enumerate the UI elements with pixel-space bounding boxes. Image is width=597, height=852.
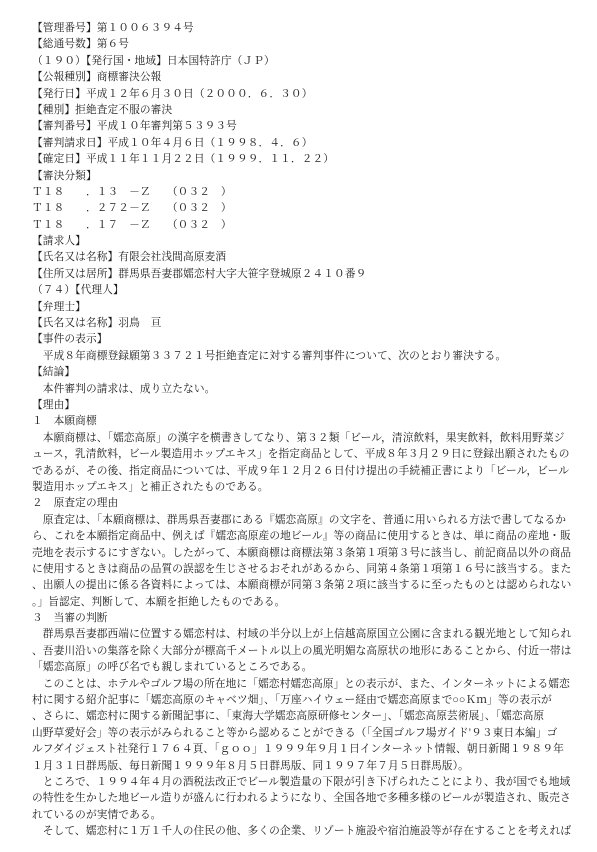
text-line: 本願商標は、「嬬恋高原」の漢字を横書きしてなり、第３２類「ビール，清涼飲料，果実…: [32, 430, 571, 446]
section-parties: 【請求人】【氏名又は名称】有限会社浅間高原麦酒【住所又は居所】群馬県吾妻郡嬬恋村…: [32, 233, 571, 331]
section-bibliographic: 【管理番号】第１００６３９４号【総通号数】第６号（１９０）【発行国・地域】日本国…: [32, 20, 571, 168]
text-line: 。」旨認定、判断して、本願を拒絶したものである。: [32, 594, 571, 610]
text-line: （１９０）【発行国・地域】日本国特許庁（ＪＰ）: [32, 53, 571, 69]
text-line: Ｔ１８ ．１３ －Ｚ （０３２ ）: [32, 184, 571, 200]
text-line: 【氏名又は名称】羽鳥 亘: [32, 315, 571, 331]
text-line: 【発行日】平成１２年６月３０日（２０００．６．３０）: [32, 86, 571, 102]
text-line: Ｔ１８ ．２７２－Ｚ （０３２ ）: [32, 200, 571, 216]
text-line: 、吾妻川沿いの集落を除く大部分が標高千メートル以上の風光明媚な高原状の地形にある…: [32, 643, 571, 659]
text-line: 【審判番号】平成１０年審判第５３９３号: [32, 118, 571, 134]
section-decision-classification: 【審決分類】Ｔ１８ ．１３ －Ｚ （０３２ ）Ｔ１８ ．２７２－Ｚ （０３２ ）…: [32, 168, 571, 234]
text-line: ら、これを本願指定商品中、例えば『嬬恋高原産の地ビール』等の商品に使用するときは…: [32, 528, 571, 544]
section-reasons: 【理由】１ 本願商標 本願商標は、「嬬恋高原」の漢字を横書きしてなり、第３２類「…: [32, 397, 571, 840]
text-line: 【種別】拒絶査定不服の審決: [32, 102, 571, 118]
text-line: 山野草愛好会」等の表示がみられること等から認めることができる（「全国ゴルフ場ガイ…: [32, 725, 571, 741]
text-line: ルフダイジェスト社発行１７６４頁、「ｇｏｏ」１９９９年９月１日インターネット情報…: [32, 741, 571, 757]
text-line: 【審判請求日】平成１０年４月６日（１９９８．４．６）: [32, 135, 571, 151]
text-line: このことは、ホテルやゴルフ場の所在地に「嬬恋村嬬恋高原」との表示が、また、インタ…: [32, 676, 571, 692]
gazette-document: 【管理番号】第１００６３９４号【総通号数】第６号（１９０）【発行国・地域】日本国…: [0, 0, 597, 852]
text-line: １月３１日群馬版、毎日新聞１９９９年８月５日群馬版、同１９９７年７月５日群馬版）…: [32, 758, 571, 774]
text-line: に使用するときは商品の品質の誤認を生じさせるおそれがあるから、同第４条第１項第１…: [32, 561, 571, 577]
text-line: 「嬬恋高原」の呼び名でも親しまれているところである。: [32, 659, 571, 675]
text-line: 【管理番号】第１００６３９４号: [32, 20, 571, 36]
text-line: 、さらに、嬬恋村に関する新聞記事に、「東海大学嬬恋高原研修センター」、「嬬恋高原…: [32, 708, 571, 724]
text-line: 売地を表示するにすぎない。したがって、本願商標は商標法第３条第１項第３号に該当し…: [32, 545, 571, 561]
text-line: 、出願人の提出に係る各資料によっては、本願商標が同第３条第２項に該当するに至った…: [32, 577, 571, 593]
text-line: （７４）【代理人】: [32, 282, 571, 298]
text-line: 【公報種別】商標審決公報: [32, 69, 571, 85]
text-line: 原査定は、「本願商標は、群馬県吾妻郡にある『嬬恋高原』の文字を、普通に用いられる…: [32, 512, 571, 528]
text-line: の特性を生かした地ビール造りが盛んに行われるようになり、全国各地で多種多様のビー…: [32, 790, 571, 806]
text-line: 本件審判の請求は、成り立たない。: [32, 381, 571, 397]
text-line: 【結論】: [32, 364, 571, 380]
text-line: 村に関する紹介記事に「嬬恋高原のキャベツ畑」、「万座ハイウェー経由で嬬恋高原まで…: [32, 692, 571, 708]
text-line: 【審決分類】: [32, 168, 571, 184]
text-line: 【請求人】: [32, 233, 571, 249]
text-line: 【事件の表示】: [32, 331, 571, 347]
text-line: 製造用ホップエキス」と補正されたものである。: [32, 479, 571, 495]
text-line: １ 本願商標: [32, 413, 571, 429]
text-line: ュース，乳清飲料，ビール製造用ホップエキス」を指定商品として、平成８年３月２９日…: [32, 446, 571, 462]
text-line: ところで、１９９４年４月の酒税法改正でビール製造量の下限が引き下げられたことによ…: [32, 774, 571, 790]
text-line: 平成８年商標登録願第３３７２１号拒絶査定に対する審判事件について、次のとおり審決…: [32, 348, 571, 364]
text-line: れているのが実情である。: [32, 807, 571, 823]
text-line: ２ 原査定の理由: [32, 495, 571, 511]
text-line: そして、嬬恋村に１万１千人の住民の他、多くの企業、リゾート施設や宿泊施設等が存在…: [32, 823, 571, 839]
text-line: 群馬県吾妻郡西端に位置する嬬恋村は、村域の半分以上が上信越高原国立公園に含まれる…: [32, 626, 571, 642]
text-line: 【弁理士】: [32, 299, 571, 315]
section-conclusion: 【結論】 本件審判の請求は、成り立たない。: [32, 364, 571, 397]
text-line: 【確定日】平成１１年１１月２２日（１９９９．１１．２２）: [32, 151, 571, 167]
text-line: 【住所又は居所】群馬県吾妻郡嬬恋村大字大笹字登城原２４１０番９: [32, 266, 571, 282]
text-line: 【総通号数】第６号: [32, 36, 571, 52]
text-line: であるが、その後、指定商品については、平成９年１２月２６日付け提出の手続補正書に…: [32, 463, 571, 479]
section-case-indication: 【事件の表示】 平成８年商標登録願第３３７２１号拒絶査定に対する審判事件について…: [32, 331, 571, 364]
text-line: 【理由】: [32, 397, 571, 413]
text-line: Ｔ１８ ．１７ －Ｚ （０３２ ）: [32, 217, 571, 233]
text-line: 【氏名又は名称】有限会社浅間高原麦酒: [32, 249, 571, 265]
text-line: ３ 当審の判断: [32, 610, 571, 626]
